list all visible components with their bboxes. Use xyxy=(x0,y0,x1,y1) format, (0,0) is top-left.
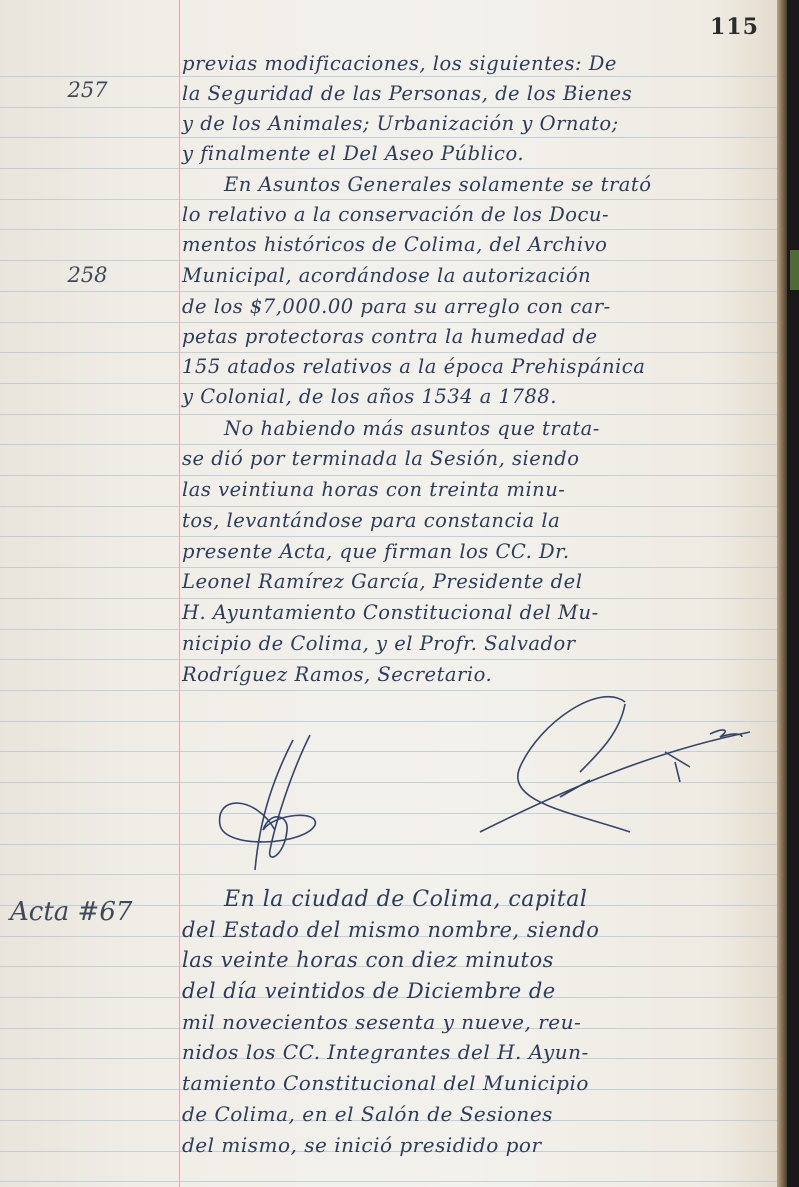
margin-note-258: 258 xyxy=(0,263,175,287)
text-line: de Colima, en el Salón de Sesiones xyxy=(182,1102,772,1126)
text-line: petas protectoras contra la humedad de xyxy=(182,325,772,348)
ruled-line xyxy=(0,352,777,353)
text-line: tos, levantándose para constancia la xyxy=(182,509,772,532)
ruled-line xyxy=(0,322,777,323)
ruled-line xyxy=(0,506,777,507)
background-foliage xyxy=(790,250,799,290)
ruled-line xyxy=(0,659,777,660)
text-line: previas modificaciones, los siguientes: … xyxy=(182,52,772,75)
page-number: 115 xyxy=(710,14,759,40)
ruled-line xyxy=(0,567,777,568)
text-line: En Asuntos Generales solamente se trató xyxy=(182,173,777,196)
text-line: y de los Animales; Urbanización y Ornato… xyxy=(182,112,772,135)
text-line: Leonel Ramírez García, Presidente del xyxy=(182,570,772,593)
ruled-line xyxy=(0,874,777,875)
ruled-line xyxy=(0,690,777,691)
text-line: Rodríguez Ramos, Secretario. xyxy=(182,663,772,686)
text-line: No habiendo más asuntos que trata- xyxy=(182,417,777,440)
ledger-page: 115 257 258 Acta #67 previas modificacio… xyxy=(0,0,777,1187)
text-line: Municipal, acordándose la autorización xyxy=(182,264,772,287)
red-margin-line xyxy=(179,0,180,1187)
ruled-line xyxy=(0,383,777,384)
margin-note-257: 257 xyxy=(0,78,175,102)
text-line: del Estado del mismo nombre, siendo xyxy=(182,918,772,942)
ruled-line xyxy=(0,444,777,445)
ruled-line xyxy=(0,76,777,77)
margin-note-acta-67: Acta #67 xyxy=(10,897,185,927)
text-line: H. Ayuntamiento Constitucional del Mu- xyxy=(182,601,772,624)
ruled-line xyxy=(0,1181,777,1182)
text-line: la Seguridad de las Personas, de los Bie… xyxy=(182,82,772,105)
text-line: nidos los CC. Integrantes del H. Ayun- xyxy=(182,1040,772,1064)
ruled-line xyxy=(0,137,777,138)
ruled-line xyxy=(0,291,777,292)
signature-scribble-icon xyxy=(480,692,770,852)
text-line: y Colonial, de los años 1534 a 1788. xyxy=(182,385,772,408)
ruled-line xyxy=(0,107,777,108)
text-line: presente Acta, que firman los CC. Dr. xyxy=(182,540,772,563)
text-line: mentos históricos de Colima, del Archivo xyxy=(182,233,772,256)
ruled-line xyxy=(0,229,777,230)
signature-president xyxy=(215,735,375,879)
signature-scribble-icon xyxy=(215,735,375,875)
book-binding xyxy=(787,0,799,1187)
text-line: se dió por terminada la Sesión, siendo xyxy=(182,447,772,470)
ruled-line xyxy=(0,536,777,537)
text-line: de los $7,000.00 para su arreglo con car… xyxy=(182,295,772,318)
ruled-line xyxy=(0,475,777,476)
text-line: nicipio de Colima, y el Profr. Salvador xyxy=(182,632,772,655)
ruled-line xyxy=(0,260,777,261)
text-line: las veintiuna horas con treinta minu- xyxy=(182,478,772,501)
text-line: las veinte horas con diez minutos xyxy=(182,948,772,972)
text-line: tamiento Constitucional del Municipio xyxy=(182,1071,772,1095)
ruled-line xyxy=(0,199,777,200)
text-line: del día veintidos de Diciembre de xyxy=(182,979,772,1003)
page-edges xyxy=(777,0,787,1187)
text-line: mil novecientos sesenta y nueve, reu- xyxy=(182,1010,772,1034)
text-line: 155 atados relativos a la época Prehispá… xyxy=(182,355,772,378)
text-line: del mismo, se inició presidido por xyxy=(182,1133,772,1157)
ruled-line xyxy=(0,168,777,169)
signature-secretary xyxy=(480,692,770,856)
text-line: En la ciudad de Colima, capital xyxy=(182,887,777,912)
ruled-line xyxy=(0,414,777,415)
ruled-line xyxy=(0,629,777,630)
text-line: lo relativo a la conservación de los Doc… xyxy=(182,203,772,226)
ruled-line xyxy=(0,598,777,599)
text-line: y finalmente el Del Aseo Público. xyxy=(182,142,772,165)
